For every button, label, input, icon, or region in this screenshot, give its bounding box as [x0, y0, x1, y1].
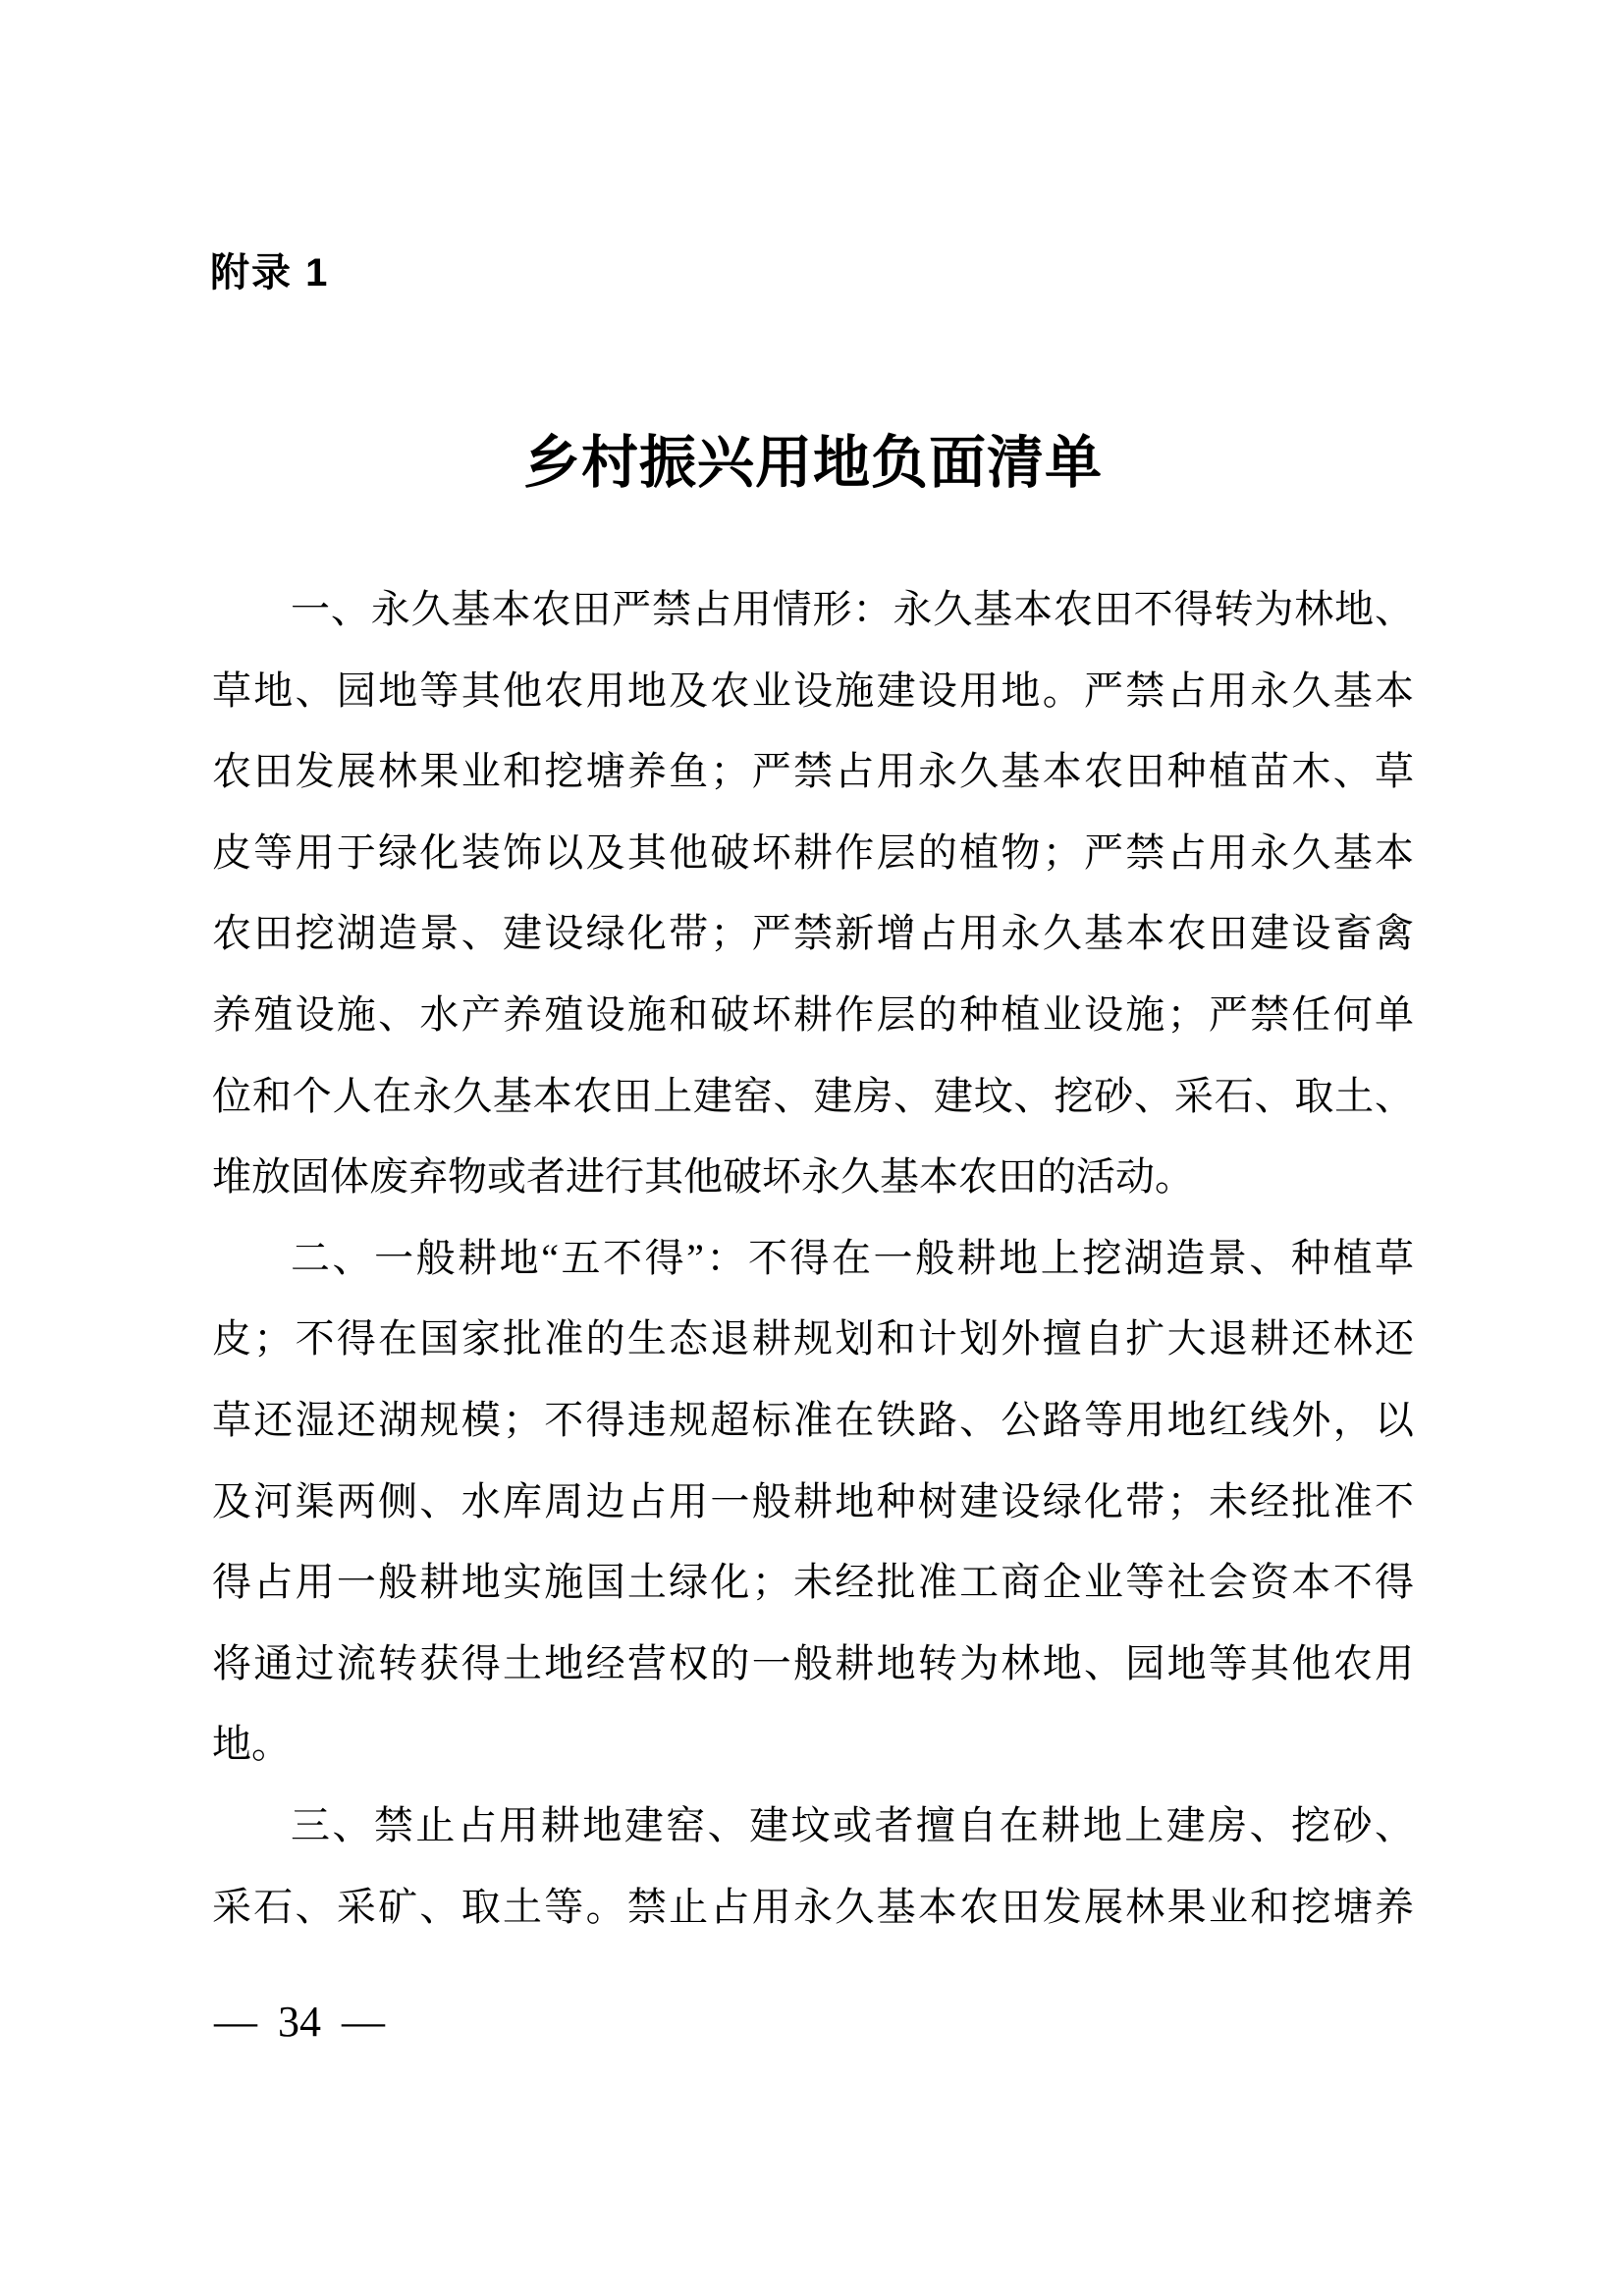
body-line: 皮等用于绿化装饰以及其他破坏耕作层的植物；严禁占用永久基本: [212, 813, 1414, 894]
body-line: 皮；不得在国家批准的生态退耕规划和计划外擅自扩大退耕还林还: [212, 1299, 1414, 1380]
document-body: 一、永久基本农田严禁占用情形：永久基本农田不得转为林地、 草地、园地等其他农用地…: [212, 569, 1414, 1948]
body-line: 将通过流转获得土地经营权的一般耕地转为林地、园地等其他农用: [212, 1624, 1414, 1705]
body-line: 农田发展林果业和挖塘养鱼；严禁占用永久基本农田种植苗木、草: [212, 731, 1414, 813]
body-line: 位和个人在永久基本农田上建窑、建房、建坟、挖砂、采石、取土、: [212, 1056, 1414, 1138]
body-line: 及河渠两侧、水库周边占用一般耕地种树建设绿化带；未经批准不: [212, 1462, 1414, 1543]
document-page: 附录 1 乡村振兴用地负面清单 一、永久基本农田严禁占用情形：永久基本农田不得转…: [0, 0, 1624, 2296]
body-line: 堆放固体废弃物或者进行其他破坏永久基本农田的活动。: [212, 1137, 1414, 1218]
document-title: 乡村振兴用地负面清单: [212, 429, 1414, 498]
appendix-label: 附录 1: [210, 249, 329, 296]
body-line: 养殖设施、水产养殖设施和破坏耕作层的种植业设施；严禁任何单: [212, 975, 1414, 1056]
page-number: — 34 —: [214, 1997, 385, 2048]
body-line: 地。: [212, 1704, 1414, 1786]
body-line: 得占用一般耕地实施国土绿化；未经批准工商企业等社会资本不得: [212, 1542, 1414, 1624]
body-line: 三、禁止占用耕地建窑、建坟或者擅自在耕地上建房、挖砂、: [212, 1786, 1414, 1867]
body-line: 采石、采矿、取土等。禁止占用永久基本农田发展林果业和挖塘养: [212, 1867, 1414, 1949]
body-line: 草还湿还湖规模；不得违规超标准在铁路、公路等用地红线外，以: [212, 1380, 1414, 1462]
body-line: 二、一般耕地“五不得”：不得在一般耕地上挖湖造景、种植草: [212, 1218, 1414, 1300]
body-line: 草地、园地等其他农用地及农业设施建设用地。严禁占用永久基本: [212, 651, 1414, 732]
body-line: 一、永久基本农田严禁占用情形：永久基本农田不得转为林地、: [212, 569, 1414, 651]
body-line: 农田挖湖造景、建设绿化带；严禁新增占用永久基本农田建设畜禽: [212, 893, 1414, 975]
